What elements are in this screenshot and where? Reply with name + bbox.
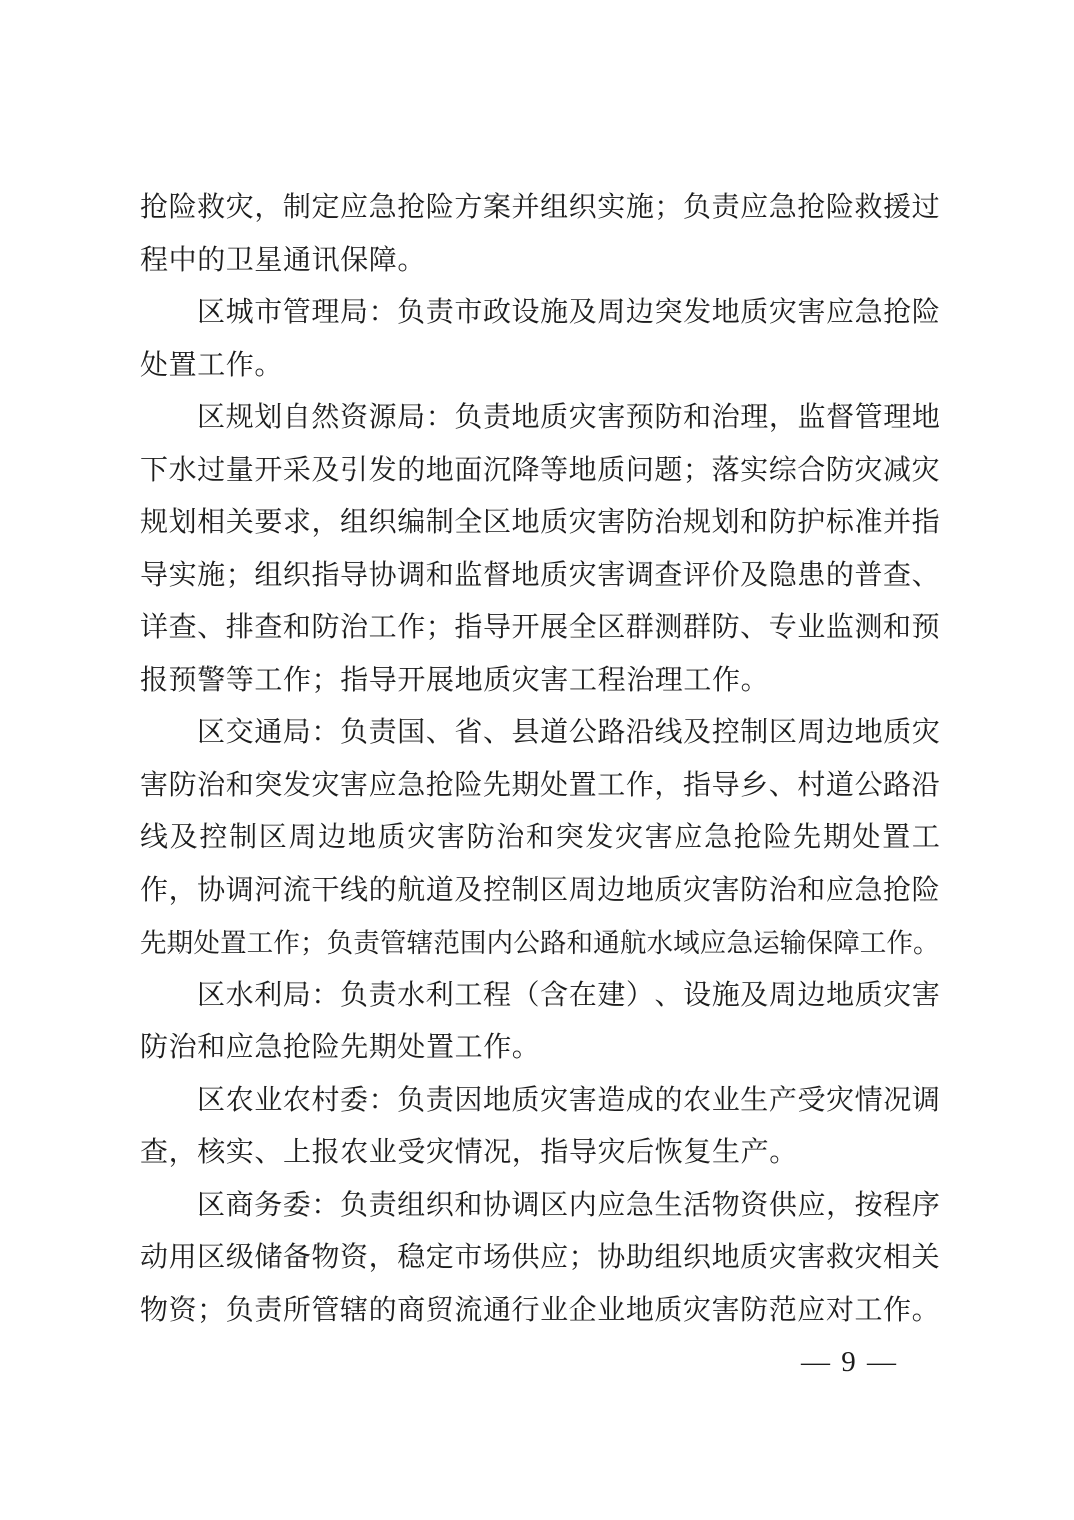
text-line: 害防治和突发灾害应急抢险先期处置工作，指导乡、村道公路沿 xyxy=(140,760,940,813)
text-line: 作，协调河流干线的航道及控制区周边地质灾害防治和应急抢险 xyxy=(140,865,940,918)
document-body: 抢险救灾，制定应急抢险方案并组织实施；负责应急抢险救援过程中的卫星通讯保障。区城… xyxy=(140,182,940,1337)
text-line: 物资；负责所管辖的商贸流通行业企业地质灾害防范应对工作。 xyxy=(140,1285,940,1338)
text-line: 区农业农村委：负责因地质灾害造成的农业生产受灾情况调 xyxy=(140,1075,940,1128)
text-line: 查，核实、上报农业受灾情况，指导灾后恢复生产。 xyxy=(140,1127,940,1180)
text-line: 先期处置工作；负责管辖范围内公路和通航水域应急运输保障工作。 xyxy=(140,917,940,970)
page-number: — 9 — xyxy=(801,1342,898,1382)
document-page: 抢险救灾，制定应急抢险方案并组织实施；负责应急抢险救援过程中的卫星通讯保障。区城… xyxy=(0,0,1074,1520)
text-line: 下水过量开采及引发的地面沉降等地质问题；落实综合防灾减灾 xyxy=(140,445,940,498)
text-line: 区交通局：负责国、省、县道公路沿线及控制区周边地质灾 xyxy=(140,707,940,760)
text-line: 程中的卫星通讯保障。 xyxy=(140,235,940,288)
text-line: 规划相关要求，组织编制全区地质灾害防治规划和防护标准并指 xyxy=(140,497,940,550)
text-line: 区规划自然资源局：负责地质灾害预防和治理，监督管理地 xyxy=(140,392,940,445)
text-line: 区水利局：负责水利工程（含在建）、设施及周边地质灾害 xyxy=(140,970,940,1023)
text-line: 导实施；组织指导协调和监督地质灾害调查评价及隐患的普查、 xyxy=(140,550,940,603)
text-line: 详查、排查和防治工作；指导开展全区群测群防、专业监测和预 xyxy=(140,602,940,655)
text-line: 处置工作。 xyxy=(140,340,940,393)
text-line: 区城市管理局：负责市政设施及周边突发地质灾害应急抢险 xyxy=(140,287,940,340)
text-line: 防治和应急抢险先期处置工作。 xyxy=(140,1022,940,1075)
text-line: 报预警等工作；指导开展地质灾害工程治理工作。 xyxy=(140,655,940,708)
text-line: 线及控制区周边地质灾害防治和突发灾害应急抢险先期处置工 xyxy=(140,812,940,865)
text-line: 动用区级储备物资，稳定市场供应；协助组织地质灾害救灾相关 xyxy=(140,1232,940,1285)
text-line: 抢险救灾，制定应急抢险方案并组织实施；负责应急抢险救援过 xyxy=(140,182,940,235)
text-line: 区商务委：负责组织和协调区内应急生活物资供应，按程序 xyxy=(140,1180,940,1233)
